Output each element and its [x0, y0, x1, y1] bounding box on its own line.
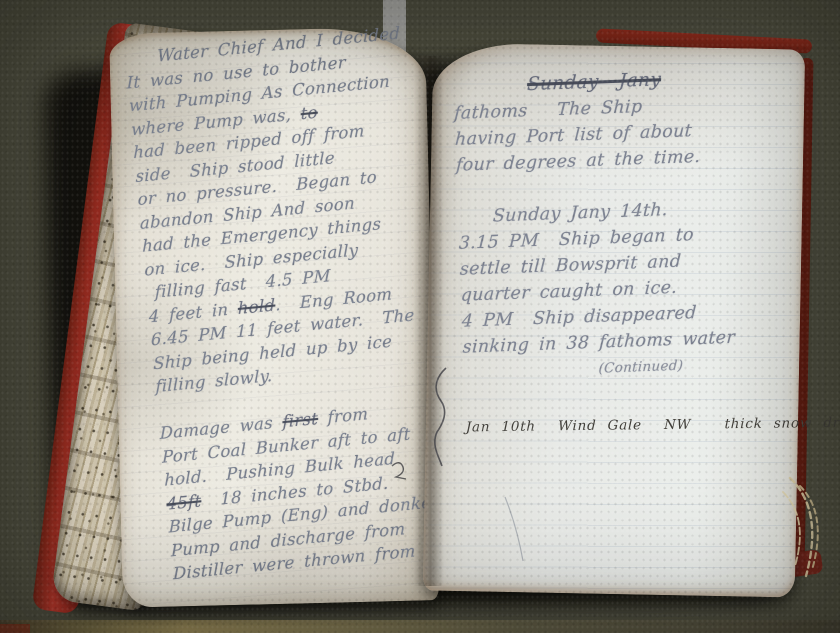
right-page: Sunday Janyfathoms The Shiphaving Port l… [423, 42, 805, 597]
diary-photo-scene: Water Chief And I decidedIt was no use t… [0, 0, 840, 633]
handwritten-line: Jan 10th Wind Gale NW thick snow drift — [466, 410, 810, 440]
mat-edge-strip [0, 620, 840, 633]
left-page: Water Chief And I decidedIt was no use t… [109, 26, 439, 608]
mat-red-corner [0, 624, 30, 633]
left-page-text: Water Chief And I decidedIt was no use t… [123, 19, 475, 586]
right-page-text: Sunday Janyfathoms The Shiphaving Port l… [453, 62, 810, 444]
